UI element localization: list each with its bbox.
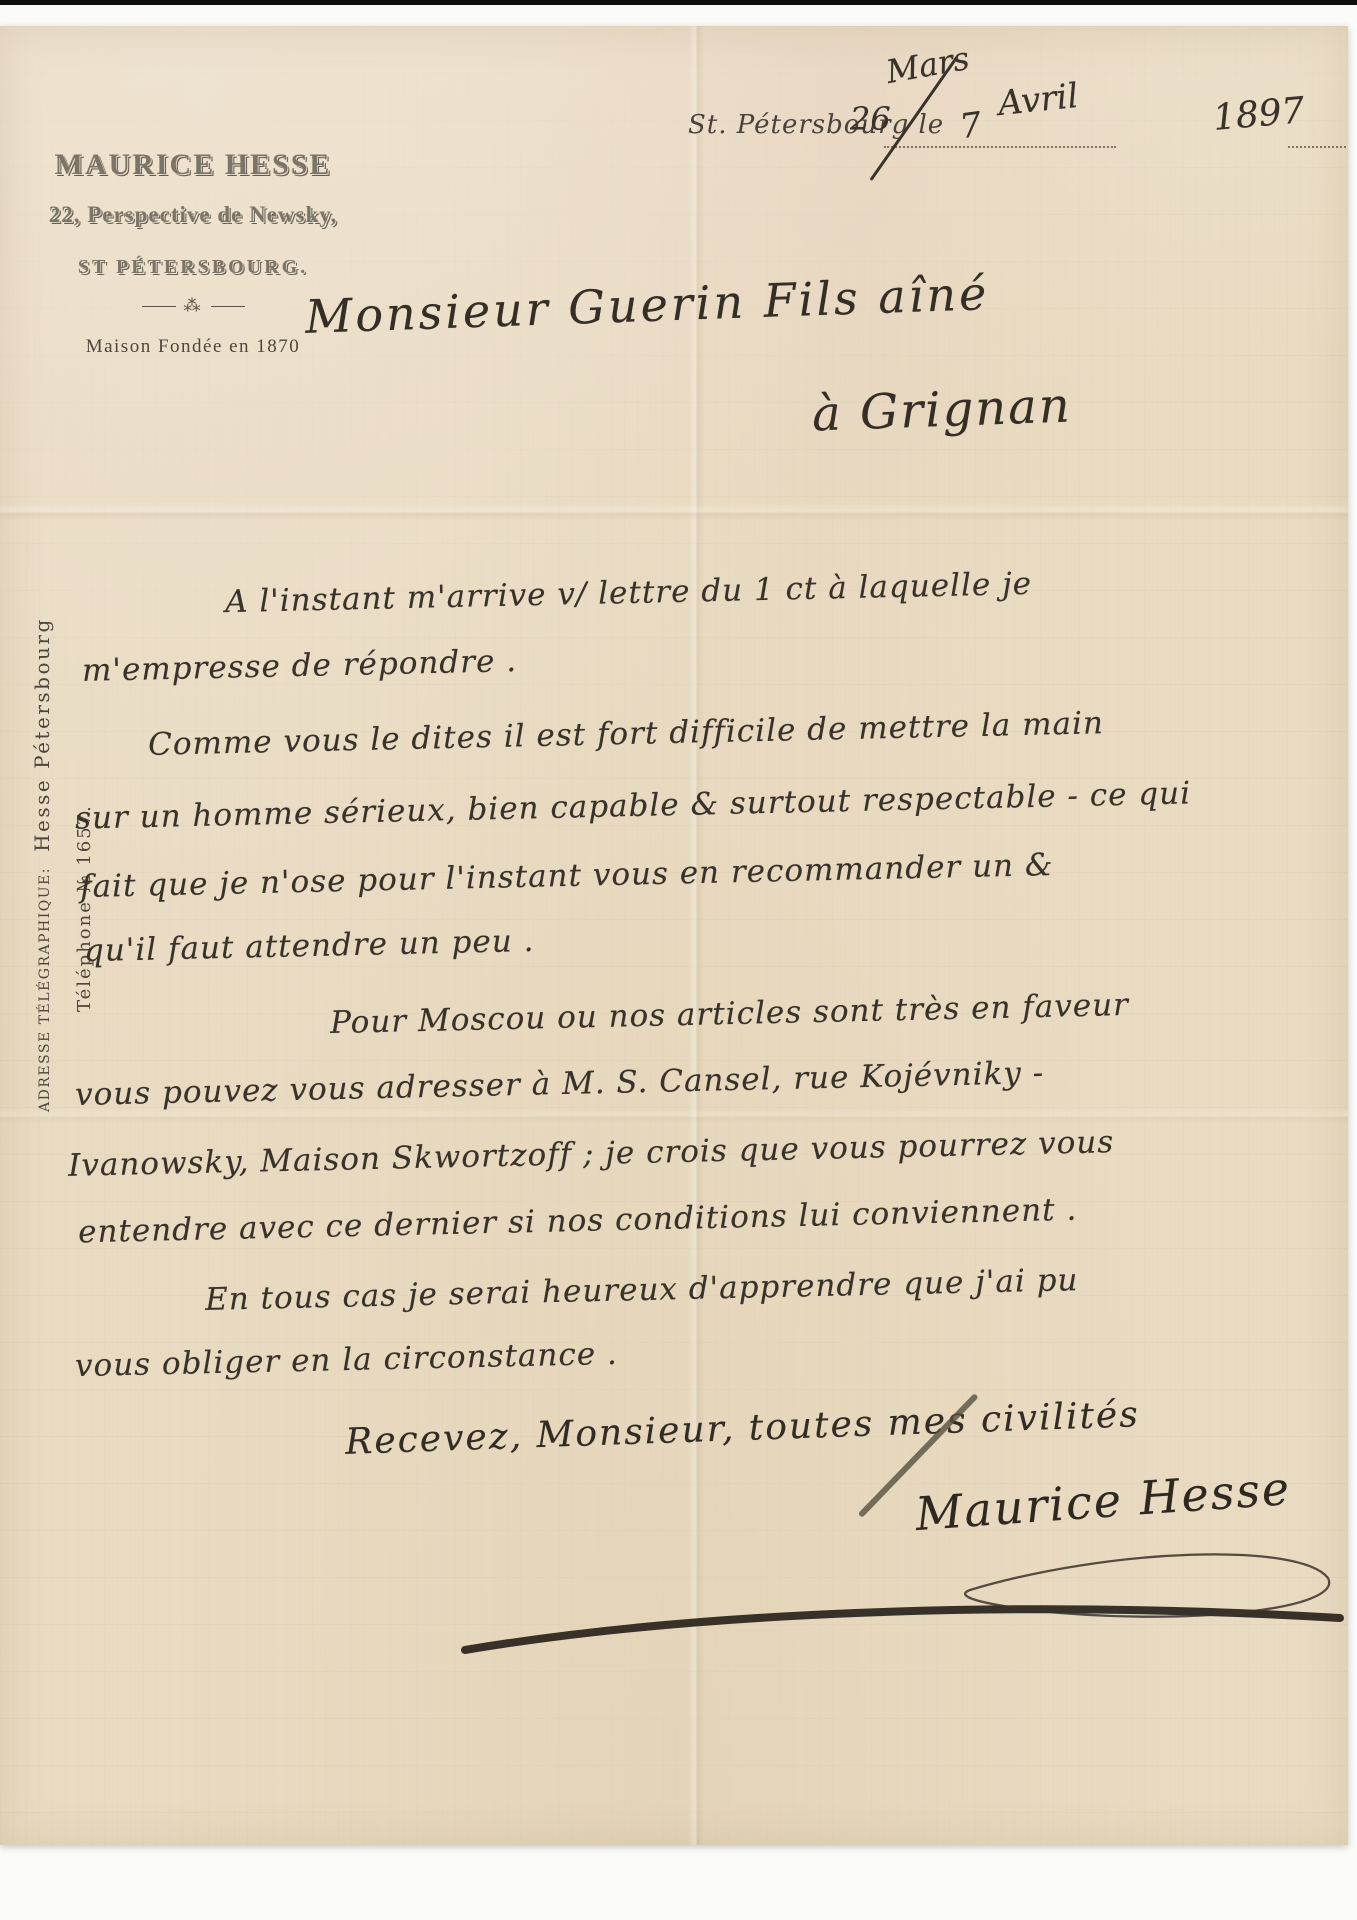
fleuron-ornament-icon: ⁂ [48,296,338,316]
letterhead-founded: Maison Fondée en 1870 [48,336,338,358]
letterhead-address: 22, Perspective de Newsky, [30,202,356,228]
paper-fold-horizontal-middle [0,1108,1348,1124]
telegraph-address-label: ADRESSE TÉLÉGRAPHIQUE: [37,867,53,1112]
dateline-month-new-style: Avril [996,76,1080,124]
letterhead-city: ST PÉTERSBOURG. [48,256,338,279]
telegraph-address-value: Hesse Pétersbourg [30,617,54,852]
recipient-place-line: à Grignan [811,377,1072,442]
telegraph-address-note: ADRESSE TÉLÉGRAPHIQUE: Hesse Pétersbourg [30,617,54,1112]
dateline-dotted-leader-year [1288,116,1346,148]
signature-flourish [440,1530,1357,1690]
paper-fold-horizontal-top [0,503,1348,521]
scanner-edge-strip [0,0,1357,5]
letterhead-name: MAURICE HESSE [48,148,338,182]
